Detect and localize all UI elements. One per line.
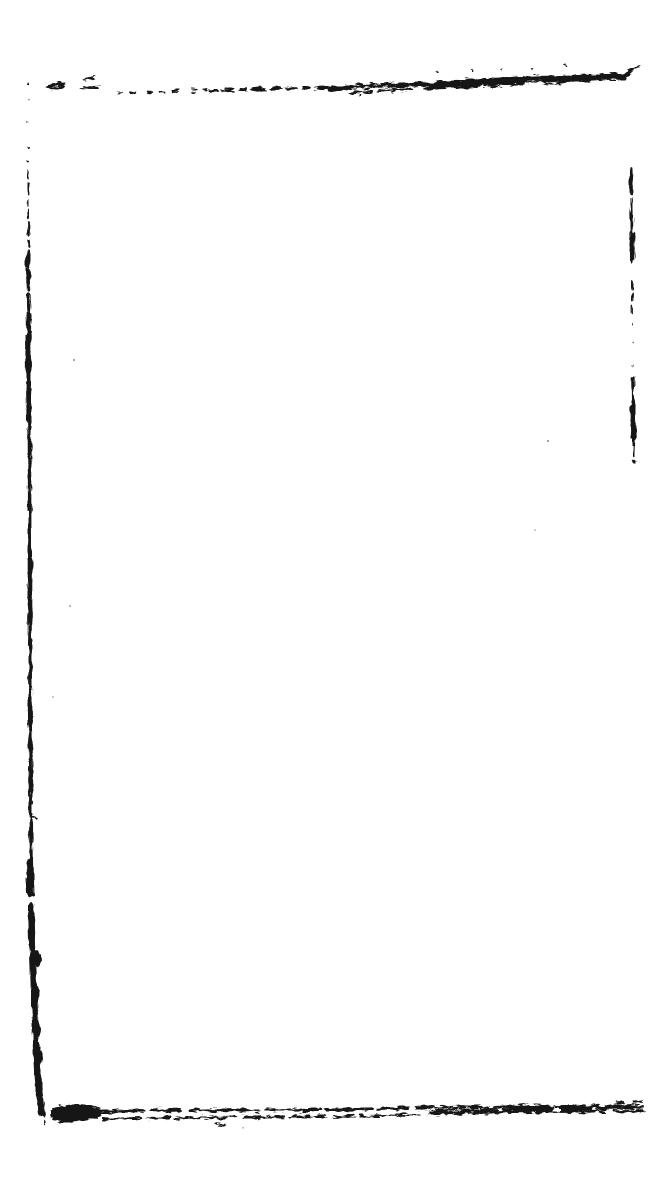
top-edge-left-dash — [82, 78, 98, 88]
speck — [69, 605, 71, 607]
scanned-blank-page — [0, 0, 665, 1196]
left-edge-heavy-chunk — [28, 336, 29, 420]
bottom-edge-ink-line — [50, 1101, 644, 1128]
right-edge-ink-line — [631, 169, 634, 462]
speck — [534, 529, 536, 531]
left-edge-heavy-chunk — [30, 700, 31, 790]
left-edge-dotted-top — [28, 170, 29, 252]
speck — [73, 359, 75, 361]
bottom-edge-lower-strand — [104, 1111, 643, 1119]
speck — [547, 440, 549, 442]
bottom-edge-right-end-dashes — [615, 1101, 642, 1103]
left-edge-blob-segment — [30, 862, 31, 893]
right-edge-heavy-chunk — [633, 407, 634, 437]
bottom-edge-ink-blob — [50, 1104, 244, 1128]
scan-artifact-canvas — [0, 0, 665, 1196]
bottom-edge-below-marks — [216, 1124, 225, 1125]
left-edge-lower-thick-stroke — [31, 906, 42, 1113]
top-edge-ink-line — [48, 65, 638, 97]
left-edge-ink-line — [27, 83, 45, 1124]
speck — [52, 696, 54, 698]
left-edge-blobby-run — [28, 252, 29, 332]
right-edge-dots — [631, 324, 634, 366]
top-edge-left-dash — [48, 84, 64, 88]
scan-noise-specks — [52, 359, 549, 698]
top-edge-smudge-run — [210, 87, 332, 91]
top-edge-end-tick — [626, 66, 638, 74]
top-edge-dotted-run — [118, 90, 210, 93]
